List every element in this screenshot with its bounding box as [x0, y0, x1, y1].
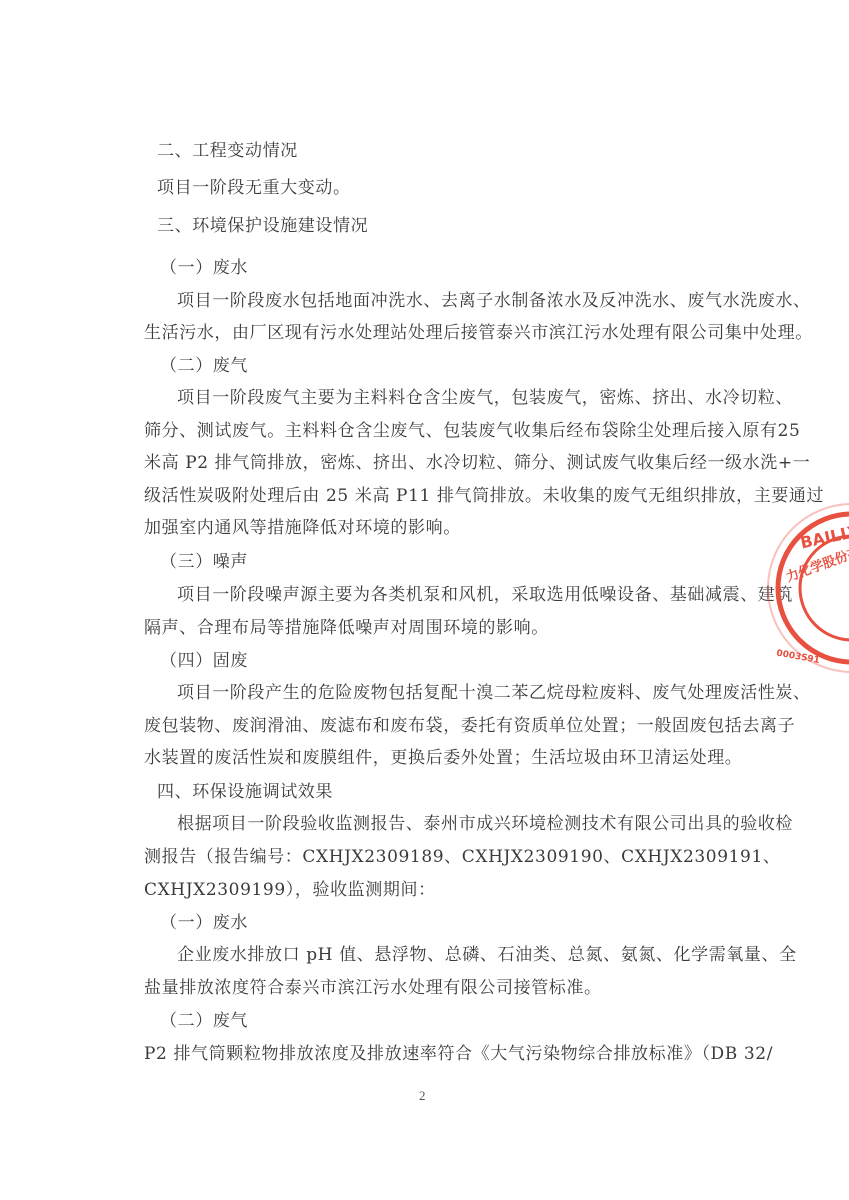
- page-number: 2: [419, 1088, 426, 1104]
- section-heading: （二）废气: [160, 355, 248, 377]
- paragraph-line: P2 排气筒颗粒物排放浓度及排放速率符合《大气污染物综合排放标准》（DB 32/: [144, 1043, 773, 1065]
- paragraph-line: 企业废水排放口 pH 值、悬浮物、总磷、石油类、总氮、氨氮、化学需氧量、全: [177, 944, 797, 966]
- paragraph-line: 水装置的废活性炭和废膜组件，更换后委外处置；生活垃圾由环卫清运处理。: [144, 747, 742, 769]
- paragraph-line: 项目一阶段废气主要为主料料仓含尘废气，包装废气，密炼、挤出、水冷切粒、: [177, 387, 793, 409]
- stamp-text-en: BAILLY C: [799, 518, 849, 553]
- paragraph-line: 项目一阶段废水包括地面冲洗水、去离子水制备浓水及反冲洗水、废气水洗废水、: [177, 290, 811, 312]
- section-heading: （二）废气: [160, 1010, 248, 1032]
- paragraph-line: 生活污水，由厂区现有污水处理站处理后接管泰兴市滨江污水处理有限公司集中处理。: [144, 322, 813, 344]
- paragraph-line: 筛分、测试废气。主料料仓含尘废气、包装废气收集后经布袋除尘处理后接入原有25: [144, 420, 800, 442]
- paragraph-line: 测报告（报告编号：CXHJX2309189、CXHJX2309190、CXHJX…: [144, 846, 781, 868]
- section-heading: 三、环境保护设施建设情况: [157, 215, 368, 237]
- company-seal-stamp: BAILLY C 力化学股份有限公司 0003591: [762, 498, 849, 678]
- section-heading: 项目一阶段无重大变动。: [157, 177, 351, 199]
- section-heading: （一）废水: [160, 257, 248, 279]
- paragraph-line: 盐量排放浓度符合泰兴市滨江污水处理有限公司接管标准。: [144, 977, 602, 999]
- paragraph-line: 隔声、合理布局等措施降低噪声对周围环境的影响。: [144, 617, 549, 639]
- section-heading: 二、工程变动情况: [157, 140, 298, 162]
- paragraph-line: 项目一阶段噪声源主要为各类机泵和风机，采取选用低噪设备、基础减震、建筑: [177, 584, 793, 606]
- section-heading: （三）噪声: [160, 551, 248, 573]
- paragraph-line: 级活性炭吸附处理后由 25 米高 P11 排气筒排放。未收集的废气无组织排放，主…: [144, 485, 824, 507]
- paragraph-line: 米高 P2 排气筒排放，密炼、挤出、水冷切粒、筛分、测试废气收集后经一级水洗+一: [144, 452, 810, 474]
- paragraph-line: 加强室内通风等措施降低对环境的影响。: [144, 517, 461, 539]
- section-heading: （四）固废: [160, 650, 248, 672]
- section-heading: （一）废水: [160, 912, 248, 934]
- paragraph-line: CXHJX2309199），验收监测期间：: [144, 879, 436, 901]
- section-heading: 四、环保设施调试效果: [157, 781, 333, 803]
- paragraph-line: 项目一阶段产生的危险废物包括复配十溴二苯乙烷母粒废料、废气处理废活性炭、: [177, 682, 811, 704]
- paragraph-line: 根据项目一阶段验收监测报告、泰州市成兴环境检测技术有限公司出具的验收检: [177, 813, 793, 835]
- paragraph-line: 废包装物、废润滑油、废滤布和废布袋，委托有资质单位处置；一般固废包括去离子: [144, 715, 795, 737]
